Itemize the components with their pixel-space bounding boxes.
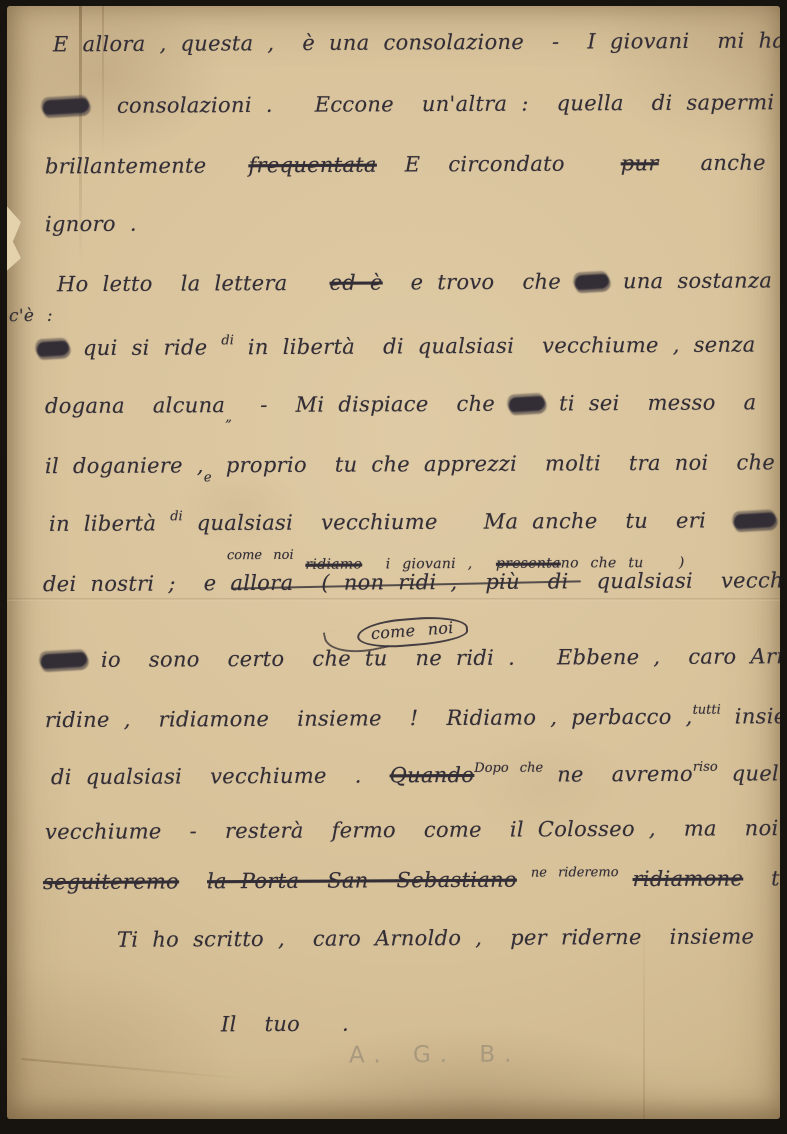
struck-text: seguiteremo <box>43 869 179 894</box>
line-15: seguiteremo la Porta San Sebastiano ne r… <box>43 864 780 894</box>
torn-edge <box>7 202 21 274</box>
horizontal-fold-line <box>7 598 780 601</box>
pencil-initials: A. G. B. <box>349 1042 521 1069</box>
text-segment <box>179 869 207 893</box>
struck-text: la Porta San Sebastiano <box>207 868 517 894</box>
text-segment: anche dal lato che <box>659 150 780 176</box>
ink-blot <box>35 340 70 357</box>
text-segment <box>618 867 632 891</box>
line-12: ridine , ridiamone insieme ! Ridiamo , p… <box>45 702 780 732</box>
text-segment: c'è : <box>9 306 53 326</box>
text-segment: - Mi dispiace che <box>232 392 509 417</box>
text-segment: ti sei messo a fare <box>545 390 780 415</box>
text-segment: in libertà <box>49 511 170 536</box>
text-segment: di <box>221 333 234 348</box>
text-segment: come noi <box>227 548 294 563</box>
text-segment: in libertà di qualsiasi vecchiume , senz… <box>234 332 780 360</box>
struck-text: ed è <box>329 271 382 295</box>
text-segment: proprio tu che apprezzi molti tra noi ch… <box>212 450 780 477</box>
text-segment: qualsiasi vecchiume <box>183 510 438 535</box>
struck-text: frequentata <box>248 153 377 178</box>
circled-insertion: come noi <box>357 618 468 647</box>
circled-text: come noi <box>356 614 469 650</box>
line-06: qui si ride di in libertà di qualsiasi v… <box>37 330 780 361</box>
text-segment <box>517 868 531 892</box>
text-segment: una sostanza autentica <box>609 268 780 294</box>
pencil-text: A. G. B. <box>349 1042 521 1069</box>
line-05: Ho letto la lettera ed è e trovo che una… <box>57 268 780 296</box>
line-16: Ti ho scritto , caro Arnoldo , per rider… <box>117 924 780 952</box>
text-segment: tutti <box>693 703 721 718</box>
line-01: E allora , questa , è una consolazione -… <box>53 28 780 57</box>
ink-blot <box>732 512 777 529</box>
photo-background: { "meta": { "kind": "handwritten-letter-… <box>0 0 787 1134</box>
struck-text: Quando <box>390 763 475 787</box>
text-segment: quello - il <box>718 761 780 786</box>
text-segment: dogana alcuna <box>45 393 225 418</box>
line-13: di qualsiasi vecchiume . QuandoDopo che … <box>51 759 780 789</box>
ink-blot <box>507 395 546 412</box>
text-segment: e <box>204 470 212 485</box>
bottom-crease <box>21 1058 250 1080</box>
text-segment: dei nostri ; e allora ( non ridi , più d… <box>43 568 780 596</box>
closing-line: Il tuo . <box>221 1012 349 1037</box>
margin-note: c'è : <box>9 306 53 326</box>
text-segment: riso <box>693 760 718 775</box>
text-segment: io sono certo che tu ne ridi . Ebbene , … <box>87 644 780 672</box>
line-08: il doganiere ,e proprio tu che apprezzi … <box>45 450 780 486</box>
line-14: vecchiume - resterà fermo come il Coloss… <box>45 816 779 844</box>
line-04: ignoro . <box>45 212 137 236</box>
text-segment: e trovo che <box>383 270 575 295</box>
struck-text: pur <box>621 151 659 175</box>
text-segment: qui si ride <box>69 335 222 360</box>
text-segment: ignoro . <box>45 212 137 236</box>
line-02: consolazioni . Eccone un'altra : quella … <box>43 90 780 118</box>
text-segment: E circondato <box>377 151 621 176</box>
text-segment: ridine , ridiamone insieme ! Ridiamo , p… <box>45 705 693 732</box>
text-segment: Il tuo . <box>221 1012 349 1037</box>
text-segment: brillantemente <box>45 153 249 178</box>
text-segment: Ti ho scritto , caro Arnoldo , per rider… <box>117 924 780 952</box>
text-segment: tuttavia <box>743 866 780 891</box>
text-segment: Dopo che <box>474 761 543 776</box>
text-segment: Ho letto la lettera <box>57 271 330 296</box>
text-segment: E allora , questa , è una consolazione -… <box>53 28 780 57</box>
line-03: brillantemente frequentata E circondato … <box>45 150 780 179</box>
line-11: io sono certo che tu ne ridi . Ebbene , … <box>41 644 780 672</box>
text-segment: consolazioni . Eccone un'altra : quella … <box>89 90 780 118</box>
text-segment: di qualsiasi vecchiume . <box>51 763 390 789</box>
ink-blot <box>573 273 610 290</box>
text-segment: insieme , <box>721 704 780 729</box>
ink-blot <box>39 652 88 670</box>
ink-blot <box>41 98 90 116</box>
vertical-crease <box>102 6 104 156</box>
line-07: dogana alcuna„ - Mi dispiace che ti sei … <box>45 390 780 426</box>
line-09: in libertà di qualsiasi vecchiumeMa anch… <box>49 506 776 536</box>
text-segment: vecchiume - resterà fermo come il Coloss… <box>45 816 779 844</box>
text-segment: ne rideremo <box>531 865 619 880</box>
line-10: dei nostri ; e allora ( non ridi , più d… <box>43 568 780 596</box>
struck-text: ridiamone <box>632 866 743 891</box>
paper: E allora , questa , è una consolazione -… <box>7 6 780 1119</box>
text-segment: ne avremo <box>543 762 693 787</box>
text-segment: di <box>170 509 183 524</box>
text-segment: il doganiere , <box>45 453 204 478</box>
text-segment: Ma anche tu eri <box>484 508 734 533</box>
